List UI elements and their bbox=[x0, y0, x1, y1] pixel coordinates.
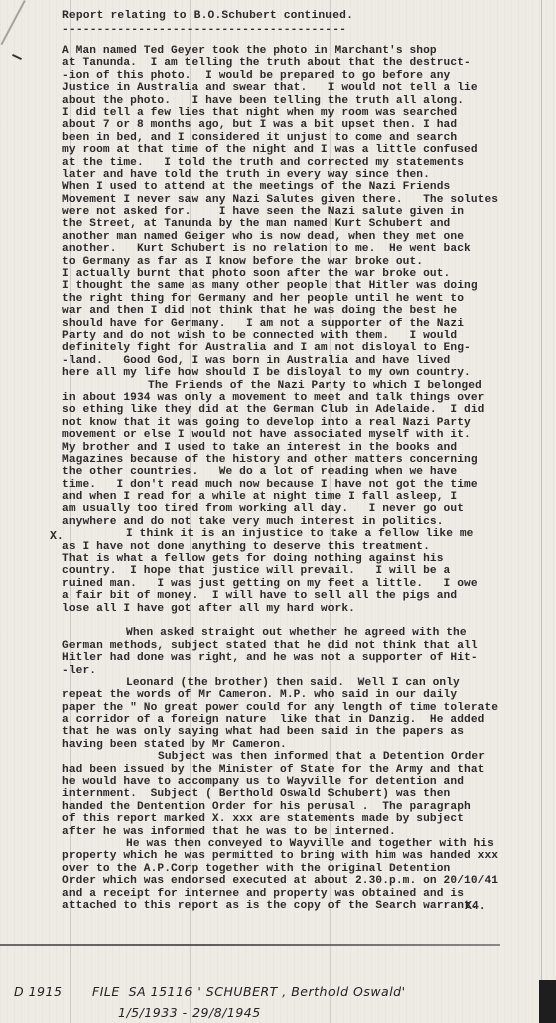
text-line: to Germany as far as I know before the w… bbox=[62, 256, 552, 268]
text-line: ruined man. I was just getting on my fee… bbox=[62, 578, 552, 590]
text-line: A Man named Ted Geyer took the photo in … bbox=[62, 45, 552, 57]
handwritten-reference: D 1915 bbox=[14, 984, 62, 999]
report-title: Report relating to B.O.Schubert continue… bbox=[62, 10, 353, 22]
text-line: of this report marked X. xxx are stateme… bbox=[62, 813, 552, 825]
text-line: Justice in Australia and swear that. I w… bbox=[62, 82, 552, 94]
text-line: Movement I never saw any Nazi Salutes gi… bbox=[62, 194, 552, 206]
text-line: He was then conveyed to Wayville and tog… bbox=[62, 838, 552, 850]
text-line: German methods, subject stated that he d… bbox=[62, 640, 552, 652]
text-line: the other countries. We do a lot of read… bbox=[62, 466, 552, 478]
text-line: a fair bit of money. I will have to sell… bbox=[62, 590, 552, 602]
text-line: The Friends of the Nazi Party to which I… bbox=[62, 380, 552, 392]
text-line: should have for Germany. I am not a supp… bbox=[62, 318, 552, 330]
text-line: I thought the same as many other people … bbox=[62, 280, 552, 292]
text-line: My brother and I used to take an interes… bbox=[62, 442, 552, 454]
text-line: Subject was then informed that a Detenti… bbox=[62, 751, 552, 763]
text-line: the right thing for Germany and her peop… bbox=[62, 293, 552, 305]
typewritten-body: A Man named Ted Geyer took the photo in … bbox=[62, 45, 552, 912]
text-line: the Street, at Tanunda by the man named … bbox=[62, 218, 552, 230]
text-line: later and have told the truth in every w… bbox=[62, 169, 552, 181]
text-line: so ething like they did at the German Cl… bbox=[62, 404, 552, 416]
title-underline: ----------------------------------------… bbox=[62, 24, 346, 36]
text-line: -land. Good God, I was born in Australia… bbox=[62, 355, 552, 367]
handwritten-date-range: 1/5/1933 - 29/8/1945 bbox=[118, 1005, 261, 1020]
handwritten-file-label: FILE SA 15116 ' SCHUBERT , Berthold Oswa… bbox=[92, 984, 406, 999]
text-line: repeat the words of Mr Cameron. M.P. who… bbox=[62, 689, 552, 701]
text-line: paper the " No great power could for any… bbox=[62, 702, 552, 714]
text-line: Hitler had done was right, and he was no… bbox=[62, 652, 552, 664]
text-line: and a receipt for internee and property … bbox=[62, 888, 552, 900]
horizontal-rule bbox=[0, 944, 500, 946]
text-line: -ler. bbox=[62, 665, 552, 677]
text-line: handed the Dentention Order for his peru… bbox=[62, 801, 552, 813]
text-line: a corridor of a foreign nature like that… bbox=[62, 714, 552, 726]
margin-tick-mark bbox=[12, 54, 22, 60]
text-line: after he was informed that he was to be … bbox=[62, 826, 552, 838]
text-line: another. Kurt Schubert is no relation to… bbox=[62, 243, 552, 255]
text-line: about the photo. I have been telling the… bbox=[62, 95, 552, 107]
text-line: he would have to accompany us to Wayvill… bbox=[62, 776, 552, 788]
text-line: my room at that time of the night and I … bbox=[62, 144, 552, 156]
text-line: war and then I did not think that he was… bbox=[62, 305, 552, 317]
text-line: internment. Subject ( Berthold Oswald Sc… bbox=[62, 788, 552, 800]
text-line: country. I hope that justice will prevai… bbox=[62, 565, 552, 577]
text-line: time. I don't read much now because I ha… bbox=[62, 479, 552, 491]
text-line: definitely fight for Australia and I am … bbox=[62, 342, 552, 354]
text-line: as I have not done anything to deserve t… bbox=[62, 541, 552, 553]
text-line: having been stated by Mr Cameron. bbox=[62, 739, 552, 751]
text-line: that he was only saying what had been sa… bbox=[62, 726, 552, 738]
scan-mark bbox=[1, 0, 26, 45]
scan-edge-shadow bbox=[539, 980, 556, 1023]
document-page: Report relating to B.O.Schubert continue… bbox=[0, 0, 556, 1023]
text-line bbox=[62, 615, 552, 627]
text-line: Order which was endorsed executed at abo… bbox=[62, 875, 552, 887]
text-line: That is what a fellow gets for doing not… bbox=[62, 553, 552, 565]
text-line: had been issued by the Minister of State… bbox=[62, 764, 552, 776]
text-line: Party and do not wish to be connected wi… bbox=[62, 330, 552, 342]
text-line: anywhere and do not take very much inter… bbox=[62, 516, 552, 528]
margin-x-mark: X. bbox=[50, 530, 64, 543]
text-line: property which he was permitted to bring… bbox=[62, 850, 552, 862]
text-line: here all my life how should I be disloya… bbox=[62, 367, 552, 379]
text-line: When asked straight out whether he agree… bbox=[62, 627, 552, 639]
text-line: am usually too tired from working all da… bbox=[62, 503, 552, 515]
text-line: I did tell a few lies that night when my… bbox=[62, 107, 552, 119]
text-line: in about 1934 was only a movement to mee… bbox=[62, 392, 552, 404]
text-line: Leonard (the brother) then said. Well I … bbox=[62, 677, 552, 689]
text-line: When I used to attend at the meetings of… bbox=[62, 181, 552, 193]
text-line: been in bed, and I considered it unjust … bbox=[62, 132, 552, 144]
text-line: another man named Geiger who is now dead… bbox=[62, 231, 552, 243]
text-line: I actually burnt that photo soon after t… bbox=[62, 268, 552, 280]
text-line: not know that it was going to develop in… bbox=[62, 417, 552, 429]
text-line: -ion of this photo. I would be prepared … bbox=[62, 70, 552, 82]
text-line: over to the A.P.Corp together with the o… bbox=[62, 863, 552, 875]
text-line: at the time. I told the truth and correc… bbox=[62, 157, 552, 169]
text-line: at Tanunda. I am telling the truth about… bbox=[62, 57, 552, 69]
text-line: were not asked for. I have seen the Nazi… bbox=[62, 206, 552, 218]
text-line: and when I read for a while at night tim… bbox=[62, 491, 552, 503]
text-line: I think it is an injustice to take a fel… bbox=[62, 528, 552, 540]
end-mark: X4. bbox=[465, 900, 486, 913]
text-line: Magazines because of the history and oth… bbox=[62, 454, 552, 466]
text-line: about 7 or 8 months ago, but I was a bit… bbox=[62, 119, 552, 131]
text-line: movement or else I would not have associ… bbox=[62, 429, 552, 441]
text-line: lose all I have got after all my hard wo… bbox=[62, 603, 552, 615]
